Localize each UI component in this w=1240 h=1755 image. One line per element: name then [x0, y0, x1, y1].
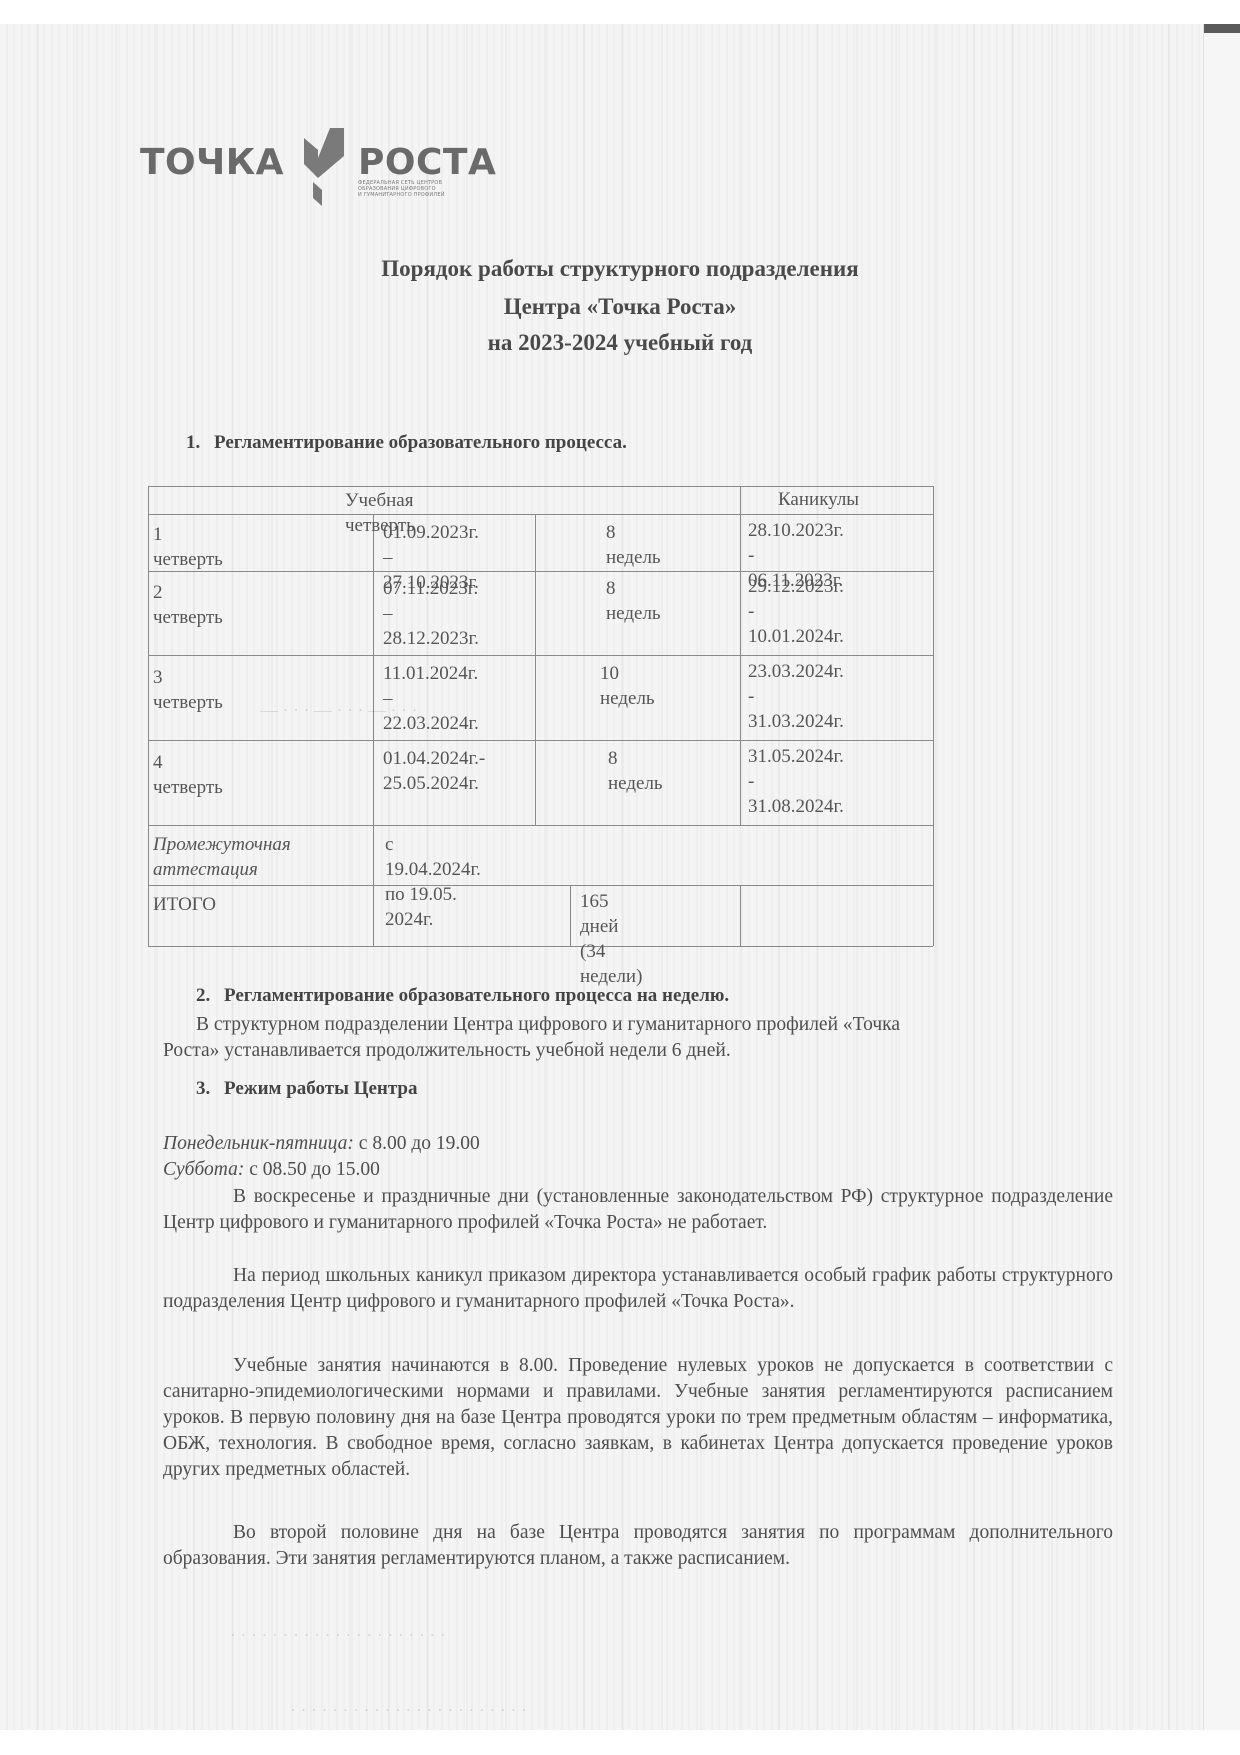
table-border [535, 514, 536, 825]
logo-tagline: Федеральная сеть центров образования циф… [358, 180, 498, 198]
document-title-line-2: Центра «Точка Роста» [0, 294, 1240, 320]
scanner-edge-band [1204, 24, 1240, 33]
table-border [148, 514, 933, 515]
total-label: ИТОГО [153, 892, 216, 917]
logo-tagline-line: и гуманитарного профилей [358, 192, 498, 198]
bleed-through-text: · · · · · · · · · · · · · · · · · · · · … [290, 1700, 527, 1721]
table-border [933, 486, 934, 946]
header-holidays: Каникулы [778, 487, 859, 512]
date-line: 31.08.2024г. [748, 794, 844, 819]
section-title: Регламентирование образовательного проце… [224, 985, 729, 1006]
section-title: Регламентирование образовательного проце… [214, 432, 627, 453]
quarter-weeks: 8 недель [606, 520, 661, 570]
holiday-dates: 31.05.2024г. -31.08.2024г. [748, 744, 844, 819]
logo-word-left: ТОЧКА [140, 142, 284, 183]
paragraph-lessons: Учебные занятия начинаются в 8.00. Прове… [163, 1353, 1113, 1483]
tochka-rosta-logo: ТОЧКА РОСТА Федеральная сеть центров обр… [140, 128, 500, 208]
paragraph-holiday-schedule: На период школьных каникул приказом дире… [163, 1263, 1113, 1315]
date-line: 10.01.2024г. [748, 624, 844, 649]
date-line: 31.05.2024г. - [748, 744, 844, 794]
table-border [148, 825, 933, 826]
section-number: 2. [196, 985, 224, 1007]
quarter-name: 4 четверть [153, 750, 223, 800]
section-2-text: В структурном подразделении Центра цифро… [163, 1012, 1093, 1064]
date-line: 23.03.2024г. - [748, 659, 844, 709]
quarter-weeks: 8 недель [608, 746, 663, 796]
label-line: Промежуточная [153, 832, 291, 857]
quarter-name: 3 четверть [153, 665, 223, 715]
schedule-label: Суббота: [163, 1159, 244, 1180]
text-line: В структурном подразделении Центра цифро… [163, 1012, 1093, 1038]
text-line: Роста» устанавливается продолжительность… [163, 1038, 1093, 1064]
section-3-heading: 3.Режим работы Центра [196, 1078, 417, 1100]
bleed-through-text: — · · · — · · · — · · · [260, 700, 417, 721]
attestation-label: Промежуточнаяаттестация [153, 832, 291, 882]
bleed-through-text: · · · · · · · · · · · · · · · · · · · · … [230, 1625, 446, 1646]
quarter-dates: 07.11.2023г. –28.12.2023г. [383, 576, 479, 651]
label-line: аттестация [153, 857, 291, 882]
schedule-label: Понедельник-пятница: [163, 1133, 354, 1154]
date-line: 01.04.2024г.- [383, 746, 485, 771]
date-line: 28.10.2023г. - [748, 518, 844, 568]
paragraph-closed-days: В воскресенье и праздничные дни (установ… [163, 1184, 1113, 1236]
date-line: 31.03.2024г. [748, 709, 844, 734]
section-1-heading: 1.Регламентирование образовательного про… [186, 432, 627, 454]
table-border [373, 514, 374, 946]
holiday-dates: 23.03.2024г. -31.03.2024г. [748, 659, 844, 734]
schedule-hours: с 8.00 до 19.00 [354, 1133, 480, 1154]
logo-word-right: РОСТА [358, 142, 496, 183]
schedule-block: Понедельник-пятница: с 8.00 до 19.00 Суб… [163, 1131, 1123, 1183]
schedule-saturday: Суббота: с 08.50 до 15.00 [163, 1157, 1123, 1183]
quarter-name: 1 четверть [153, 522, 223, 572]
table-border [740, 486, 741, 825]
date-line: 29.12.2023г. - [748, 574, 844, 624]
section-title: Режим работы Центра [224, 1078, 417, 1099]
quarter-weeks: 10 недель [600, 661, 655, 711]
table-border [148, 486, 149, 946]
quarter-weeks: 8 недель [606, 576, 661, 626]
table-border [148, 885, 933, 886]
holiday-dates: 29.12.2023г. -10.01.2024г. [748, 574, 844, 649]
date-line: 28.12.2023г. [383, 626, 479, 651]
table-border [740, 885, 741, 946]
quarter-name: 2 четверть [153, 580, 223, 630]
section-number: 3. [196, 1078, 224, 1100]
date-line: 25.05.2024г. [383, 771, 485, 796]
table-border [148, 946, 933, 947]
document-title-line-1: Порядок работы структурного подразделени… [0, 256, 1240, 282]
total-weeks: (34 недели) [580, 939, 642, 989]
date-line: 01.09.2023г. – [383, 520, 479, 570]
schedule-hours: с 08.50 до 15.00 [244, 1159, 380, 1180]
sprout-logo-icon [290, 128, 350, 208]
total-value: 165 дней(34 недели) [580, 889, 642, 989]
quarter-dates: 01.04.2024г.-25.05.2024г. [383, 746, 485, 796]
schedule-weekdays: Понедельник-пятница: с 8.00 до 19.00 [163, 1131, 1123, 1157]
section-number: 1. [186, 432, 214, 454]
attestation-period: с 19.04.2024г. по 19.05. 2024г. [385, 832, 481, 932]
table-border [148, 740, 933, 741]
table-border [570, 885, 571, 946]
table-border [148, 655, 933, 656]
document-title-line-3: на 2023-2024 учебный год [0, 330, 1240, 356]
date-line: 07.11.2023г. – [383, 576, 479, 626]
quarter-dates: 11.01.2024г. –22.03.2024г. [383, 661, 479, 736]
total-days: 165 дней [580, 889, 642, 939]
section-2-heading: 2.Регламентирование образовательного про… [196, 985, 729, 1007]
paragraph-extracurricular: Во второй половине дня на базе Центра пр… [163, 1520, 1113, 1572]
